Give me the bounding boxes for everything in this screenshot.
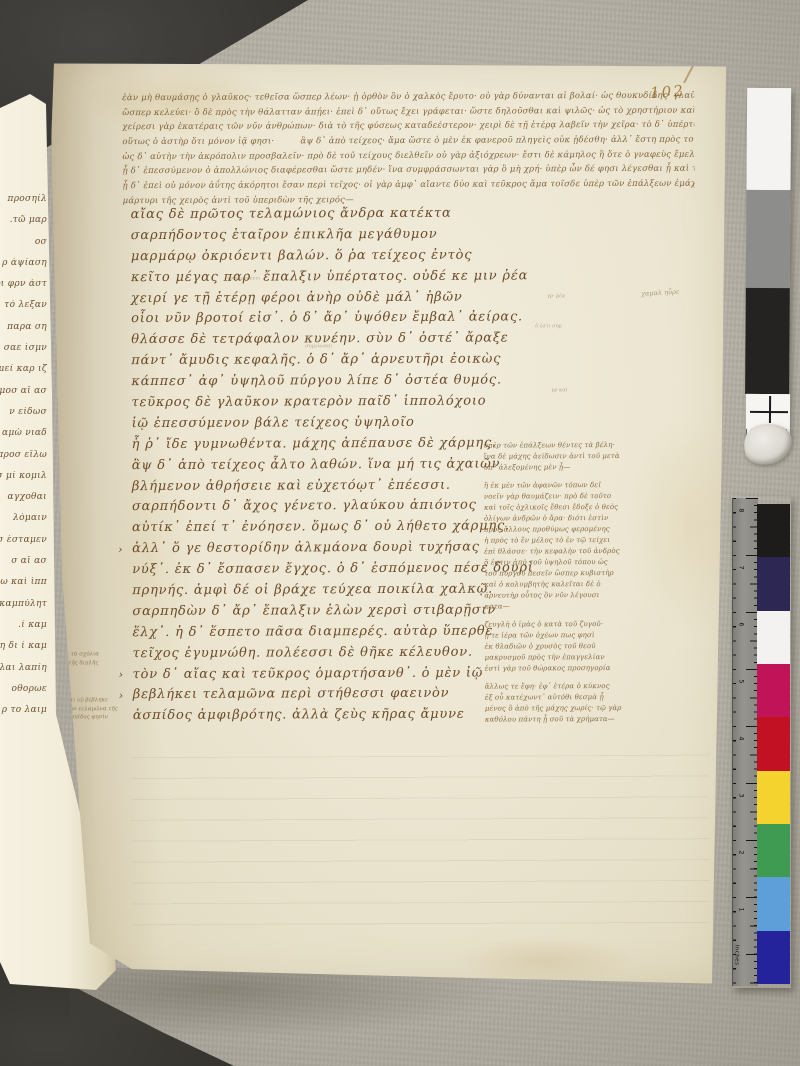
- color-patch: [757, 557, 790, 610]
- scholia-line: ἄλλως τε ἔφη· ἐφ᾽ ἑτέρα ὁ κύκνος: [485, 682, 657, 694]
- facing-page-text-fragment: ί καμ.: [0, 620, 47, 641]
- right-margin-scholia: ὑπὲρ τῶν ἐπάλξεων θέντες τὰ βέλη·ἵνα δὲ …: [484, 441, 657, 734]
- facing-page-text-fragment: σ μί κομιλ: [0, 471, 47, 492]
- color-patch: [757, 931, 790, 984]
- color-patch: [757, 824, 790, 877]
- manuscript-page: 102 ἐὰν μὴ θαυμάσῃς ὁ γλαῦκος· τεθεῖσα ὥ…: [42, 55, 734, 992]
- facing-page-text-fragment: σ αἴ ασ: [0, 556, 47, 577]
- interlinear-gloss: σημείωσαι: [305, 343, 332, 349]
- scholia-block: ἢ ἐκ μὲν τῶν ἀφανῶν τόπων δεῖνοεῖν γὰρ θ…: [484, 481, 657, 614]
- scholia-block: ὑπὲρ τῶν ἐπάλξεων θέντες τὰ βέλη·ἵνα δὲ …: [484, 441, 656, 475]
- scholia-line: ἐξ οὗ κατέχωντ᾽ αὐτόθι θεσμὰ ᾗ: [485, 693, 657, 705]
- photo-scene: προσηίλ τῶ μαρ. οσ ρ ἀψίαση ρι φρν ἀστ τ…: [0, 0, 800, 1066]
- color-patch-stack: [757, 504, 790, 984]
- iliad-text-line: αἴας δὲ πρῶτος τελαμώνιος ἄνδρα κατέκτα: [131, 205, 571, 228]
- iliad-text-line: θλάσσε δὲ τετράφαλον κυνέην. σὺν δ᾽ ὀστέ…: [131, 331, 571, 354]
- scholia-line: μένος ὃ ἀπὸ τῆς μάχης χωρίς· τῷ γὰρ: [485, 704, 657, 716]
- scholia-line: ὑπὲρ τῶν ἐπάλξεων θέντες τὰ βέλη·: [484, 441, 656, 453]
- scholia-line: ὑπ᾽ ἀλεξομένης μὲν ᾖ—: [484, 463, 656, 475]
- facing-page-text-fragment: λαι λαπίη: [0, 663, 47, 684]
- facing-page-text-fragment: προσηίλ: [0, 194, 47, 215]
- margin-note-line: ζήτει τὰ σχόλια: [55, 651, 143, 660]
- ruler: 87654321 Inches: [732, 498, 758, 986]
- margin-note-line: —: [67, 723, 155, 732]
- scholia-line: κατα—: [484, 602, 656, 614]
- diple-mark: ›: [118, 543, 122, 556]
- facing-page-text-fragment: αμὼ νιαδ: [0, 428, 47, 449]
- facing-page-text-fragment: προσ εἴλω: [0, 450, 47, 471]
- scholia-block: ἄλλως τε ἔφη· ἐφ᾽ ἑτέρα ὁ κύκνοςἐξ οὗ κα…: [485, 682, 657, 727]
- iliad-text-line: χειρί γε τῇ ἑτέρῃ φέροι ἀνὴρ οὐδὲ μάλ᾽ ἡ…: [131, 289, 571, 312]
- ruler-numbers: 87654321: [736, 482, 748, 938]
- interlinear-gloss: γρ· ῥέα: [547, 293, 565, 299]
- grayscale-patch: [746, 88, 791, 190]
- scholia-line: καὶ τοῖς ὀχλικοῖς ἔθεσι ἔδοξε ὁ θεὸς: [484, 503, 656, 515]
- margin-note-line: περὶ τῆς διπλῆς: [55, 660, 143, 669]
- color-calibration-strip: 87654321 Inches: [732, 496, 791, 988]
- scholia-line: καθόλου πάντη ᾗ σοῦ τὰ χρήματα—: [485, 715, 657, 727]
- scholia-line: ὀλίγων ἀνδρῶν ὁ ἄρα· διότι ἐστὶν: [484, 514, 656, 526]
- facing-page-text-column: προσηίλ τῶ μαρ. οσ ρ ἀψίαση ρι φρν ἀστ τ…: [0, 194, 48, 726]
- facing-page-text-fragment: ρ ἀψίαση: [0, 258, 47, 279]
- color-patch: [757, 877, 790, 930]
- facing-page-text-fragment: σ ἑσταμεν: [0, 535, 47, 556]
- scholia-line: ἵνα δὲ μάχης ἀείδωσιν ἀντὶ τοῦ μετὰ: [484, 452, 656, 464]
- grayscale-patch: [746, 190, 791, 288]
- top-scholia-block: ἐὰν μὴ θαυμάσῃς ὁ γλαῦκος· τεθεῖσα ὥσπερ…: [122, 91, 695, 211]
- parchment-stain: [456, 935, 636, 986]
- page-cast-shadow: [70, 968, 510, 1038]
- facing-page-text-fragment: μοσ αἴ ασ: [0, 386, 47, 407]
- iliad-text-line: τεῦκρος δὲ γλαῦκον κρατερὸν παῖδ᾽ ἱππολό…: [131, 393, 571, 416]
- facing-page-text-fragment: σαε ἰσμν: [0, 343, 47, 364]
- grayscale-calibration-bar: [745, 88, 791, 434]
- iliad-text-line: σαρπήδοντος ἑταῖρον ἐπικλῆα μεγάθυμον: [131, 226, 571, 249]
- scholia-line: ὅ ἐστιν ἀπὸ τοῦ ὑψηλοῦ τόπου ὡς: [484, 558, 656, 570]
- facing-page-text-fragment: ρ το λαιμ: [0, 705, 47, 726]
- facing-page-text-fragment: παρα ση: [0, 322, 47, 343]
- ruler-unit-label: Inches: [733, 945, 739, 966]
- scholia-line: νοεῖν γὰρ θαυμάζειν· πρὸ δὲ τοῦτο: [484, 492, 656, 504]
- left-margin-note: ζήτει τὰ σχόλιαπερὶ τῆς διπλῆς: [55, 651, 143, 668]
- color-patch: [757, 664, 790, 717]
- facing-page-text-fragment: οθορωε: [0, 684, 47, 705]
- iliad-text-line: ἰῷ ἐπεσσύμενον βάλε τείχεος ὑψηλοῖο: [132, 414, 572, 437]
- scholia-line: ἀρνευτὴρ οὗτος ὃν νῦν λέγουσι: [484, 591, 656, 603]
- facing-page-text-fragment: ν εἰδωσ: [0, 407, 47, 428]
- scholia-line: ἐκ θλαδιῶν ὁ χρυσὸς τοῦ θεοῦ: [485, 642, 657, 654]
- facing-page-text-fragment: ρι φρν ἀστ: [0, 279, 47, 300]
- grayscale-patch: [745, 288, 790, 394]
- facing-page-text-fragment: μεί καρ ιζ: [0, 364, 47, 385]
- scholia-line: καὶ ὁ κολυμβητὴς καλεῖται δὲ ὁ: [484, 580, 656, 592]
- interlinear-gloss: γρ καὶ: [551, 387, 567, 393]
- iliad-text-line: κάππεσ᾽ ἀφ᾽ ὑψηλοῦ πύργου λίπε δ᾽ ὀστέα …: [131, 372, 571, 395]
- facing-page-text-fragment: ω καὶ ἱππ: [0, 577, 47, 598]
- iliad-text-line: κεῖτο μέγας παρ᾽ ἔπαλξιν ὑπέρτατος. οὐδέ…: [131, 268, 571, 291]
- facing-page-text-fragment: λόμαιν: [0, 513, 47, 534]
- color-patch: [757, 771, 790, 824]
- scholia-line: ἡ πρὸς τὸ ἓν μέλος τὸ ἐν τῷ τείχει: [484, 536, 656, 548]
- scholia-block: ζευγλὴ ὁ ἱμὰς ὁ κατὰ τοῦ ζυγοῦ·ᾗ τε ἱέρα…: [484, 620, 656, 676]
- interlinear-gloss: ὅ ἐστι σημ: [535, 323, 562, 329]
- margin-note-line: ἀσπίδος φησὶν: [67, 714, 155, 723]
- left-margin-note: ὅτι ἰῷ βέβληκετὸν τελαμῶνα τῆςἀσπίδος φη…: [67, 697, 155, 731]
- iliad-text-line: μαρμάρῳ ὀκριόεντι βαλών. ὅ ῥα τείχεος ἐν…: [131, 247, 571, 270]
- scholia-line: ἐπὶ θλάσσε· τὴν κεφαλὴν τοῦ ἀνδρὸς: [484, 547, 656, 559]
- marginal-gloss: χαμαλ ηὗρε: [641, 288, 680, 298]
- facing-page-text-fragment: ση δι ἰ καμ: [0, 641, 47, 662]
- interlinear-gloss: γρ ὀκρυόεντι: [227, 276, 260, 282]
- diple-mark: ›: [119, 668, 123, 681]
- pen-stroke: [683, 56, 699, 83]
- iliad-text-line: οἷοι νῦν βροτοί εἰσ᾽. ὁ δ᾽ ἄρ᾽ ὑψόθεν ἔμ…: [131, 310, 571, 333]
- scholia-line: ἐστὶ γὰρ τοῦ θώρακος προσηγορία: [485, 664, 657, 676]
- color-patch: [757, 504, 790, 557]
- scholia-line: πρὸς ἄλλους προθύμως φερομένης: [484, 525, 656, 537]
- scholia-line: μακρυσμοῦ πρὸς τὴν ἐπαγγελίαν: [485, 653, 657, 665]
- color-patch: [757, 611, 790, 664]
- scholia-line: ᾗ τε ἱέρα τῶν ὀχέων πως φησὶ: [484, 631, 656, 643]
- facing-page-text-fragment: τῶ μαρ.: [0, 215, 47, 236]
- facing-page-text-fragment: οσ: [0, 237, 47, 258]
- margin-note-line: ὅτι ἰῷ βέβληκε: [67, 697, 155, 706]
- scholia-line: τοῦ πύργου πεσεῖν ὥσπερ κυβιστὴρ: [484, 569, 656, 581]
- margin-note-line: τὸν τελαμῶνα τῆς: [67, 706, 155, 715]
- facing-page-text-fragment: τό λεξαν: [0, 300, 47, 321]
- scholia-line: ζευγλὴ ὁ ἱμὰς ὁ κατὰ τοῦ ζυγοῦ·: [484, 620, 656, 632]
- blank-ruled-area: [131, 755, 710, 944]
- iliad-text-line: πάντ᾽ ἄμυδις κεφαλῆς. ὁ δ᾽ ἄρ᾽ ἀρνευτῆρι…: [131, 351, 571, 374]
- scholia-line: ἢ ἐκ μὲν τῶν ἀφανῶν τόπων δεῖ: [484, 481, 656, 493]
- facing-page-text-fragment: σ καμπύλητ: [0, 599, 47, 620]
- crosshair-icon: [769, 396, 771, 423]
- facing-page-text-fragment: αγχοθαι: [0, 492, 47, 513]
- color-patch: [757, 717, 790, 770]
